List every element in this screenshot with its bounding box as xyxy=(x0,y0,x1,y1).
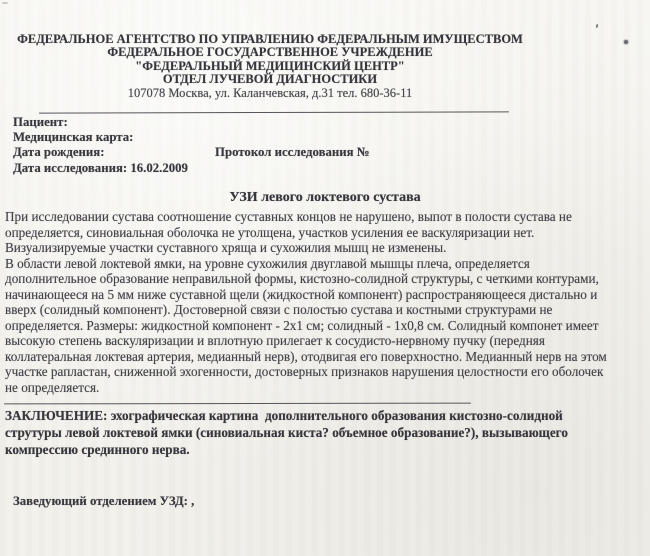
findings-text-block: При исследовании сустава соотношение сус… xyxy=(5,209,648,396)
patient-info-block: Пациент: Медицинская карта: Дата рождени… xyxy=(13,115,633,176)
signature-line: Заведующий отделением УЗД: , xyxy=(13,494,194,509)
org-department-line: ОТДЕЛ ЛУЧЕВОЙ ДИАГНОСТИКИ xyxy=(0,73,540,86)
org-agency-line: ФЕДЕРАЛЬНОЕ АГЕНТСТВО ПО УПРАВЛЕНИЮ ФЕДЕ… xyxy=(0,33,540,46)
conclusion-line: компрессию срединного нерва. xyxy=(5,441,645,458)
patient-label: Пациент: xyxy=(13,115,633,130)
header-divider-line xyxy=(39,111,509,114)
report-title: УЗИ левого локтевого сустава xyxy=(0,190,650,206)
protocol-number-label: Протокол исследования № xyxy=(215,145,370,160)
findings-line: не определяется. xyxy=(5,380,648,396)
findings-line: При исследовании сустава соотношение сус… xyxy=(5,209,648,225)
findings-line: определяется, синовиальная оболочка не у… xyxy=(5,225,648,241)
findings-line: дополнительное образование неправильной … xyxy=(5,271,648,287)
findings-line: вверх (солидный компонент). Достоверной … xyxy=(5,302,648,318)
scan-speck-artifact xyxy=(2,2,8,4)
scan-speck-artifact xyxy=(624,40,628,44)
letterhead: ФЕДЕРАЛЬНОЕ АГЕНТСТВО ПО УПРАВЛЕНИЮ ФЕДЕ… xyxy=(0,33,540,100)
findings-line: коллатеральная локтевая артерия, медианн… xyxy=(5,349,648,365)
birth-date-label: Дата рождения: xyxy=(13,145,104,159)
findings-line: В области левой локтевой ямки, на уровне… xyxy=(5,256,648,272)
org-institution-line: ФЕДЕРАЛЬНОЕ ГОСУДАРСТВЕННОЕ УЧРЕЖДЕНИЕ xyxy=(0,46,540,59)
scan-speck-artifact xyxy=(596,24,599,28)
medical-card-label: Медицинская карта: xyxy=(13,130,633,145)
findings-line: высокую степень васкуляризации и вплотну… xyxy=(5,333,648,349)
conclusion-line: струтуры левой локтевой ямки (синовиальн… xyxy=(5,424,645,441)
conclusion-line: ЗАКЛЮЧЕНИЕ: эхографическая картина допол… xyxy=(5,407,645,424)
org-address: 107078 Москва, ул. Каланчевская, д.31 те… xyxy=(0,87,540,100)
birth-date-row: Дата рождения: Протокол исследования № xyxy=(13,145,633,160)
findings-line: участке рапластан, сниженной эхогенности… xyxy=(5,364,648,380)
conclusion-block: ЗАКЛЮЧЕНИЕ: эхографическая картина допол… xyxy=(5,407,645,459)
conclusion-divider-line xyxy=(4,403,471,405)
findings-line: Визуализируемые участки суставного хряща… xyxy=(5,240,648,256)
scanned-document: ФЕДЕРАЛЬНОЕ АГЕНТСТВО ПО УПРАВЛЕНИЮ ФЕДЕ… xyxy=(0,0,650,556)
findings-line: определяется. Размеры: жидкостной компон… xyxy=(5,318,648,334)
findings-line: начинающееся на 5 мм ниже суставной щели… xyxy=(5,287,648,303)
study-date-label: Дата исследования: 16.02.2009 xyxy=(13,161,633,176)
